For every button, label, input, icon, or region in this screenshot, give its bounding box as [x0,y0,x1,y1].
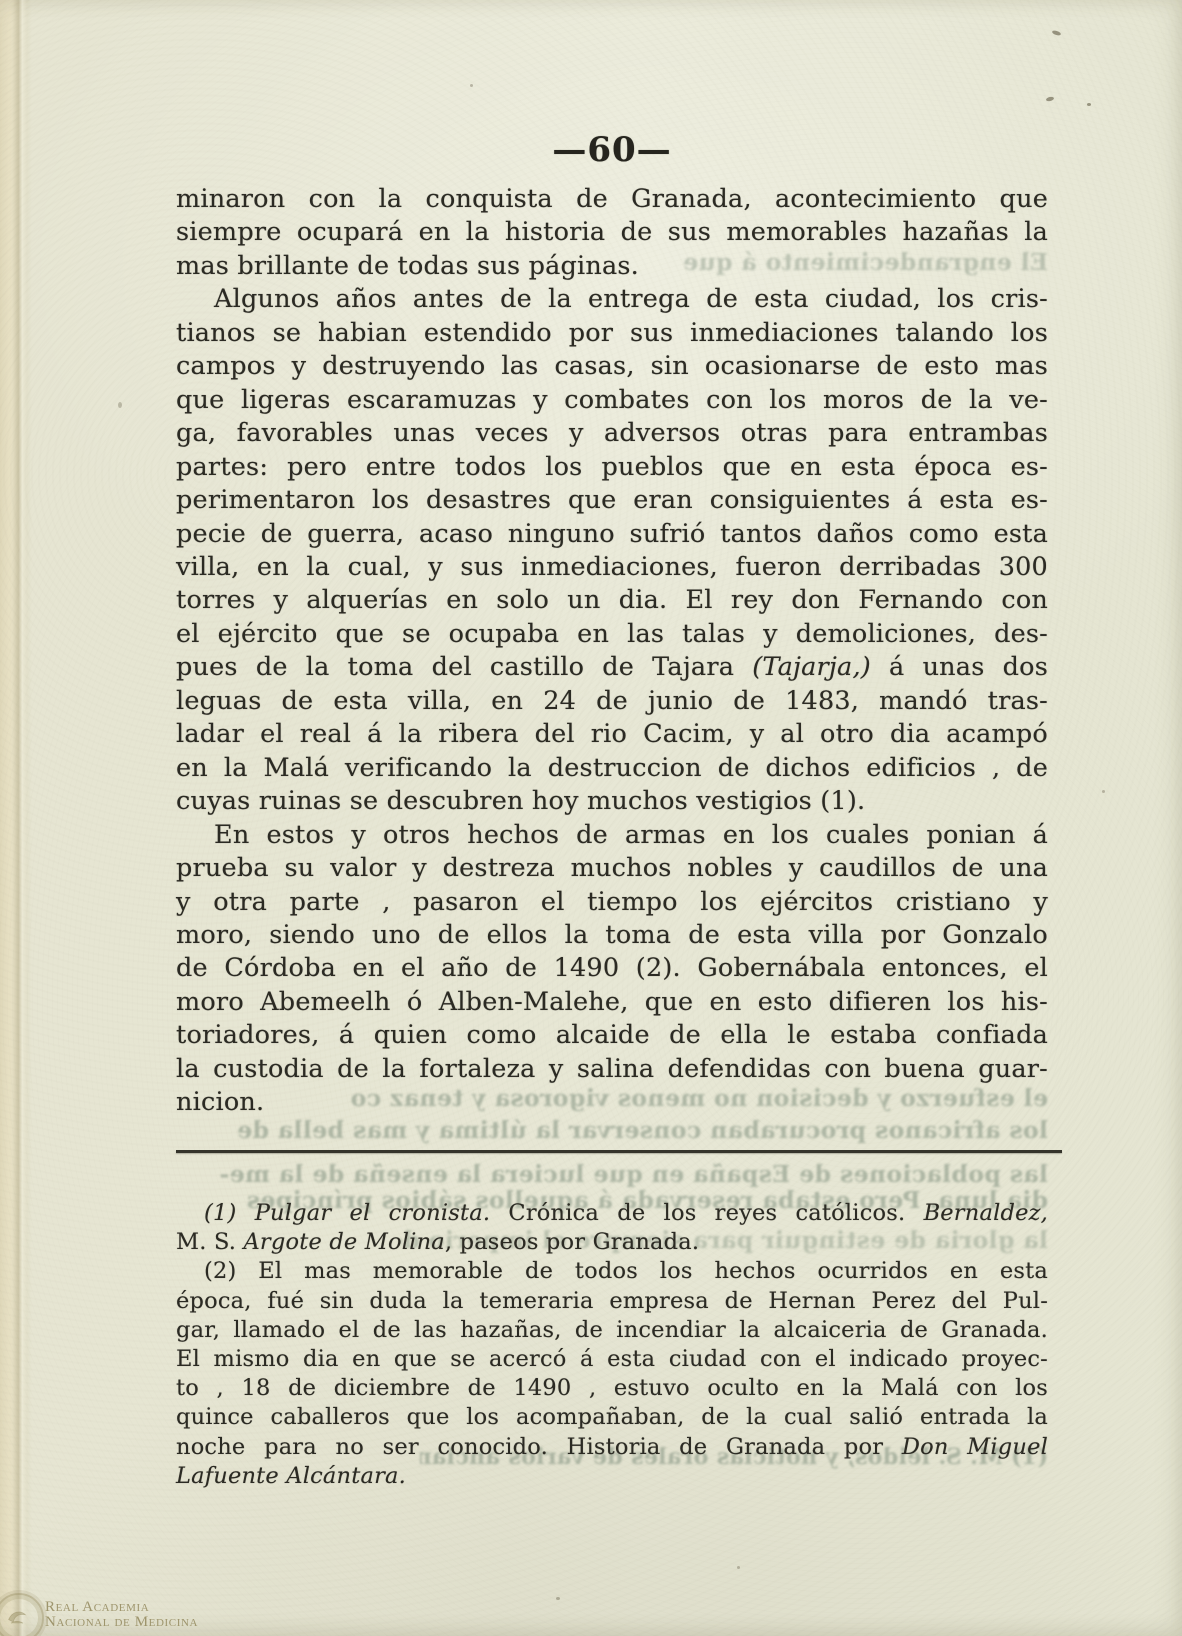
text-line: to , 18 de diciembre de 1490 , estuvo oc… [176,1374,1048,1403]
text-segment: ga, favorables unas veces y adversos otr… [176,418,1048,448]
text-segment: noche para no ser conocido. Historia de … [176,1434,902,1460]
text-line: En estos y otros hechos de armas en los … [176,819,1048,852]
text-segment: perimentaron los desastres que eran cons… [176,485,1048,515]
text-segment: de Córdoba en el año de 1490 (2). Gobern… [176,953,1048,983]
body-text: minaron con la conquista de Granada, aco… [176,183,1048,1120]
italic-text-segment: Pulgar el cronista. [255,1200,490,1226]
text-segment: gar, llamado el de las hazañas, de incen… [176,1317,1048,1343]
italic-text-segment: (1) [204,1200,236,1226]
text-segment: , paseos por Granada. [445,1229,699,1255]
text-segment: minaron con la conquista de Granada, aco… [176,184,1048,214]
text-segment: leguas de esta villa, en 24 de junio de … [176,686,1048,716]
text-segment: villa, en la cual, y sus inmediaciones, … [176,552,1048,582]
text-segment: to , 18 de diciembre de 1490 , estuvo oc… [176,1375,1048,1401]
italic-text-segment: Lafuente Alcántara. [176,1463,406,1489]
bleedthrough-line: los africanos procuraban conservar la úl… [176,1116,1048,1144]
text-line: mas brillante de todas sus páginas. [176,250,1048,283]
paper-speck [1046,96,1055,102]
text-line: villa, en la cual, y sus inmediaciones, … [176,551,1048,584]
italic-text-segment: Argote de Molina [243,1229,444,1255]
text-segment: torres y alquerías en solo un dia. El re… [176,585,1048,615]
text-segment: pues de la toma del castillo de Tajara [176,652,752,682]
text-line: quince caballeros que los acompañaban, d… [176,1403,1048,1432]
text-segment: campos y destruyendo las casas, sin ocas… [176,351,1048,381]
text-line: pecie de guerra, acaso ninguno sufrió ta… [176,518,1048,551]
text-segment: época, fué sin duda la temeraria empresa… [176,1288,1048,1314]
text-segment: pecie de guerra, acaso ninguno sufrió ta… [176,519,1048,549]
text-segment: M. S. [176,1229,243,1255]
text-line: y otra parte , pasaron el tiempo los ejé… [176,886,1048,919]
library-stamp-line2: Nacional de Medicina [45,1615,198,1630]
text-segment: (2) El mas memorable de todos los hechos… [204,1258,1048,1284]
paper-speck [1087,103,1091,106]
italic-text-segment: (Tajarja,) [752,652,871,682]
text-line: torres y alquerías en solo un dia. El re… [176,584,1048,617]
paper-speck [1052,30,1062,37]
text-line: moro Abemeelh ó Alben-Malehe, que en est… [176,986,1048,1019]
text-segment: cuyas ruinas se descubren hoy muchos ves… [176,786,865,816]
paper-speck [1102,790,1105,793]
text-segment: quince caballeros que los acompañaban, d… [176,1404,1048,1430]
text-segment: á unas dos [871,652,1048,682]
paper-speck [737,1566,740,1569]
italic-text-segment: Don Miguel [902,1434,1048,1460]
text-line: El mismo dia en que se acercó á esta ciu… [176,1345,1048,1374]
text-segment: mas brillante de todas sus páginas. [176,251,639,281]
text-line: leguas de esta villa, en 24 de junio de … [176,685,1048,718]
text-line: siempre ocupará en la historia de sus me… [176,216,1048,249]
text-line: que ligeras escaramuzas y combates con l… [176,384,1048,417]
text-line: nicion. [176,1086,1048,1119]
text-segment [236,1200,254,1226]
page-edge-crease [13,0,27,1636]
text-line: tianos se habian estendido por sus inmed… [176,317,1048,350]
text-line: toriadores, á quien como alcaide de ella… [176,1019,1048,1052]
text-line: M. S. Argote de Molina, paseos por Grana… [176,1228,1048,1257]
text-segment: nicion. [176,1087,264,1117]
book-page: El engrandecimiento á que el esfuerzo y … [0,0,1182,1636]
italic-text-segment: Bernaldez, [924,1200,1048,1226]
text-line: minaron con la conquista de Granada, aco… [176,183,1048,216]
text-line: moro, siendo uno de ellos la toma de est… [176,919,1048,952]
text-line: el ejército que se ocupaba en las talas … [176,618,1048,651]
text-segment: El mismo dia en que se acercó á esta ciu… [176,1346,1048,1372]
library-stamp-line1: Real Academia [45,1600,198,1615]
text-segment: toriadores, á quien como alcaide de ella… [176,1020,1048,1050]
footnote-rule [176,1150,1062,1153]
text-line: campos y destruyendo las casas, sin ocas… [176,350,1048,383]
text-line: ga, favorables unas veces y adversos otr… [176,417,1048,450]
text-segment: en la Malá verificando la destruccion de… [176,753,1048,783]
text-segment: y otra parte , pasaron el tiempo los ejé… [176,887,1048,917]
seal-emblem-icon [5,1604,29,1628]
text-line: en la Malá verificando la destruccion de… [176,752,1048,785]
text-line: ladar el real á la ribera del rio Cacim,… [176,718,1048,751]
text-line: pues de la toma del castillo de Tajara (… [176,651,1048,684]
library-stamp-text: Real Academia Nacional de Medicina [45,1600,198,1629]
page-number: —60— [176,130,1048,170]
text-line: noche para no ser conocido. Historia de … [176,1433,1048,1462]
paper-speck [470,84,473,87]
text-line: (2) El mas memorable de todos los hechos… [176,1257,1048,1286]
text-line: cuyas ruinas se descubren hoy muchos ves… [176,785,1048,818]
text-segment: moro, siendo uno de ellos la toma de est… [176,920,1048,950]
library-seal-icon [0,1593,44,1636]
text-line: Algunos años antes de la entrega de esta… [176,283,1048,316]
text-segment: prueba su valor y destreza muchos nobles… [176,853,1048,883]
paper-speck [556,1597,560,1600]
text-line: (1) Pulgar el cronista. Crónica de los r… [176,1199,1048,1228]
footnote-1: (1) Pulgar el cronista. Crónica de los r… [176,1199,1048,1257]
text-segment: Crónica de los reyes católicos. [490,1200,923,1226]
text-segment: la custodia de la fortaleza y salina def… [176,1054,1048,1084]
text-line: partes: pero entre todos los pueblos que… [176,451,1048,484]
text-line: época, fué sin duda la temeraria empresa… [176,1287,1048,1316]
text-segment: ladar el real á la ribera del rio Cacim,… [176,719,1048,749]
text-segment: moro Abemeelh ó Alben-Malehe, que en est… [176,987,1048,1017]
text-line: perimentaron los desastres que eran cons… [176,484,1048,517]
paper-speck [118,402,122,408]
text-line: la custodia de la fortaleza y salina def… [176,1053,1048,1086]
text-line: de Córdoba en el año de 1490 (2). Gobern… [176,952,1048,985]
text-segment: partes: pero entre todos los pueblos que… [176,452,1048,482]
footnote-2: (2) El mas memorable de todos los hechos… [176,1257,1048,1491]
text-line: prueba su valor y destreza muchos nobles… [176,852,1048,885]
footnotes: (1) Pulgar el cronista. Crónica de los r… [176,1199,1048,1491]
text-line: Lafuente Alcántara. [176,1462,1048,1491]
text-segment: el ejército que se ocupaba en las talas … [176,619,1048,649]
text-segment: siempre ocupará en la historia de sus me… [176,217,1048,247]
text-segment: Algunos años antes de la entrega de esta… [214,284,1048,314]
text-segment: tianos se habian estendido por sus inmed… [176,318,1048,348]
text-line: gar, llamado el de las hazañas, de incen… [176,1316,1048,1345]
bleedthrough-line: las poblaciones de España en que luciera… [176,1160,1048,1188]
text-segment: En estos y otros hechos de armas en los … [214,820,1048,850]
text-segment: que ligeras escaramuzas y combates con l… [176,385,1048,415]
